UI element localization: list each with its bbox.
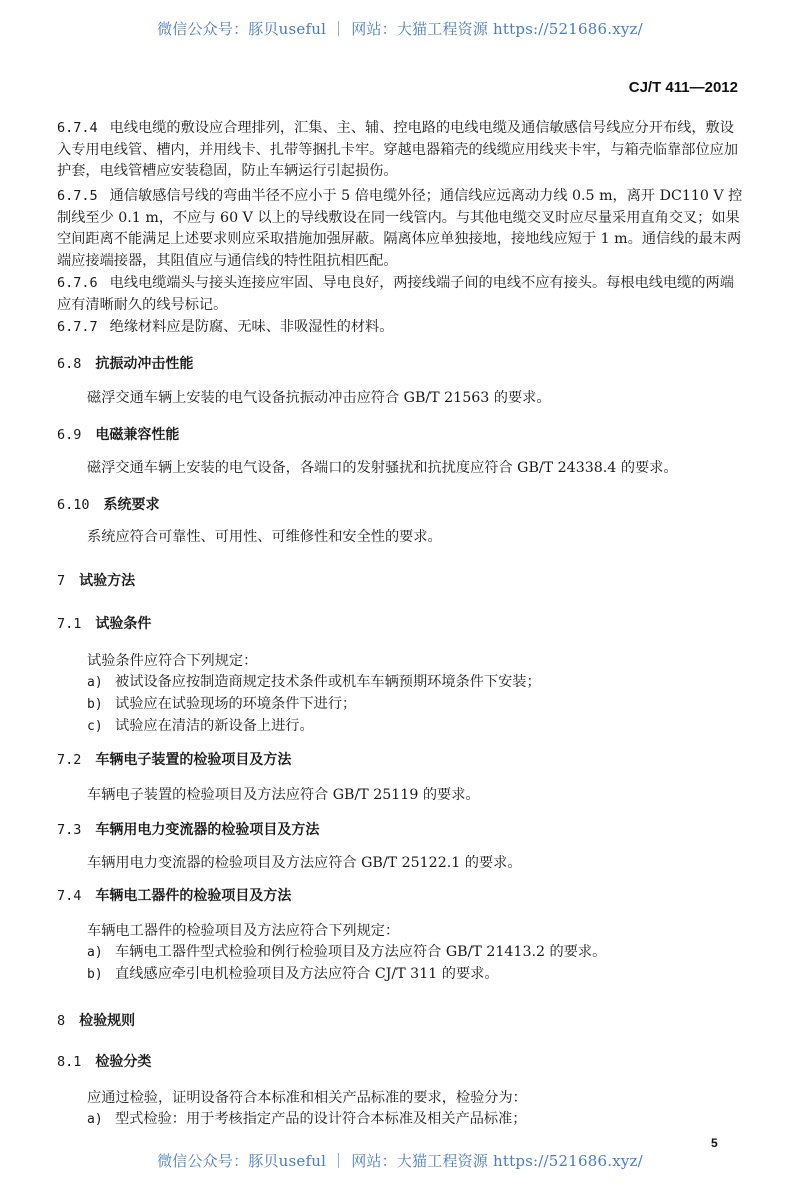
section-7-3-body: 车辆用电力变流器的检验项目及方法应符合 GB/T 25122.1 的要求。 [87,853,747,875]
heading-number: 7.4 [57,888,81,904]
clause-text: 通信敏感信号线的弯曲半径不应小于 5 倍电缆外径；通信线应远离动力线 0.5 m… [57,188,742,269]
heading-title: 系统要求 [104,497,160,513]
clause-6-7-6: 6.7.6电线电缆端头与接头连接应牢固、导电良好，两接线端子间的电线不应有接头。… [57,273,747,316]
list-item: b)直线感应牵引电机检验项目及方法应符合 CJ/T 311 的要求。 [87,964,747,986]
heading-title: 试验方法 [79,573,135,589]
heading-number: 6.8 [57,356,81,372]
heading-number: 6.9 [57,427,81,443]
list-label: b) [87,964,115,986]
list-text: 直线感应牵引电机检验项目及方法应符合 CJ/T 311 的要求。 [115,966,499,982]
heading-title: 车辆用电力变流器的检验项目及方法 [95,822,319,838]
list-item: a)车辆电工器件型式检验和例行检验项目及方法应符合 GB/T 21413.2 的… [87,942,747,964]
heading-7: 7试验方法 [57,571,747,593]
section-7-4-body: 车辆电工器件的检验项目及方法应符合下列规定： [87,921,747,943]
heading-7-3: 7.3车辆用电力变流器的检验项目及方法 [57,820,747,842]
section-6-8-body: 磁浮交通车辆上安装的电气设备抗振动冲击应符合 GB/T 21563 的要求。 [87,388,747,410]
heading-title: 检验分类 [95,1054,151,1070]
clause-number: 6.7.5 [57,188,98,204]
list-text: 车辆电工器件型式检验和例行检验项目及方法应符合 GB/T 21413.2 的要求… [115,944,606,960]
clause-text: 电线电缆的敷设应合理排列，汇集、主、辅、控电路的电线电缆及通信敏感信号线应分开布… [57,120,738,179]
heading-number: 7.3 [57,822,81,838]
list-label: b) [87,694,115,716]
heading-8-1: 8.1检验分类 [57,1052,747,1074]
heading-number: 8.1 [57,1054,81,1070]
section-7-1-body: 试验条件应符合下列规定： [87,651,747,673]
clause-number: 6.7.4 [57,120,98,136]
list-item: a)型式检验：用于考核指定产品的设计符合本标准及相关产品标准； [87,1109,747,1131]
list-text: 试验应在清洁的新设备上进行。 [115,718,314,734]
clause-number: 6.7.7 [57,319,98,335]
heading-number: 6.10 [57,497,90,513]
watermark-top: 微信公众号：豚贝useful ｜ 网站：大猫工程资源 https://52168… [0,18,800,39]
heading-6-10: 6.10系统要求 [57,495,747,517]
watermark-bottom: 微信公众号：豚贝useful ｜ 网站：大猫工程资源 https://52168… [0,1150,800,1171]
clause-text: 绝缘材料应是防腐、无味、非吸湿性的材料。 [110,319,394,335]
section-7-2-body: 车辆电子装置的检验项目及方法应符合 GB/T 25119 的要求。 [87,785,747,807]
heading-number: 7.1 [57,616,81,632]
list-item: a)被试设备应按制造商规定技术条件或机车车辆预期环境条件下安装； [87,672,747,694]
heading-title: 试验条件 [95,616,151,632]
heading-7-4: 7.4车辆电工器件的检验项目及方法 [57,886,747,908]
page-number: 5 [711,1136,718,1150]
clause-6-7-7: 6.7.7绝缘材料应是防腐、无味、非吸湿性的材料。 [57,317,747,339]
heading-title: 检验规则 [79,1013,135,1029]
heading-title: 电磁兼容性能 [95,427,179,443]
heading-title: 车辆电工器件的检验项目及方法 [95,888,291,904]
section-8-1-body: 应通过检验，证明设备符合本标准和相关产品标准的要求，检验分为： [87,1088,747,1110]
heading-number: 7.2 [57,752,81,768]
list-label: c) [87,716,115,738]
heading-8: 8检验规则 [57,1011,747,1033]
heading-number: 8 [57,1013,65,1029]
clause-6-7-4: 6.7.4电线电缆的敷设应合理排列，汇集、主、辅、控电路的电线电缆及通信敏感信号… [57,118,747,183]
list-item: b)试验应在试验现场的环境条件下进行； [87,694,747,716]
standard-code: CJ/T 411—2012 [629,79,738,96]
clause-text: 电线电缆端头与接头连接应牢固、导电良好，两接线端子间的电线不应有接头。每根电线电… [57,275,734,313]
list-item: c)试验应在清洁的新设备上进行。 [87,716,747,738]
list-label: a) [87,672,115,694]
heading-title: 抗振动冲击性能 [95,356,193,372]
heading-6-9: 6.9电磁兼容性能 [57,425,747,447]
heading-7-2: 7.2车辆电子装置的检验项目及方法 [57,750,747,772]
list-label: a) [87,1109,115,1131]
section-6-9-body: 磁浮交通车辆上安装的电气设备，各端口的发射骚扰和抗扰度应符合 GB/T 2433… [87,458,747,480]
clause-number: 6.7.6 [57,275,98,291]
list-text: 型式检验：用于考核指定产品的设计符合本标准及相关产品标准； [115,1111,526,1127]
heading-6-8: 6.8抗振动冲击性能 [57,354,747,376]
list-label: a) [87,942,115,964]
heading-number: 7 [57,573,65,589]
heading-title: 车辆电子装置的检验项目及方法 [95,752,291,768]
list-text: 试验应在试验现场的环境条件下进行； [115,696,356,712]
clause-6-7-5: 6.7.5通信敏感信号线的弯曲半径不应小于 5 倍电缆外径；通信线应远离动力线 … [57,186,747,272]
list-text: 被试设备应按制造商规定技术条件或机车车辆预期环境条件下安装； [115,674,541,690]
section-6-10-body: 系统应符合可靠性、可用性、可维修性和安全性的要求。 [87,527,747,549]
heading-7-1: 7.1试验条件 [57,614,747,636]
